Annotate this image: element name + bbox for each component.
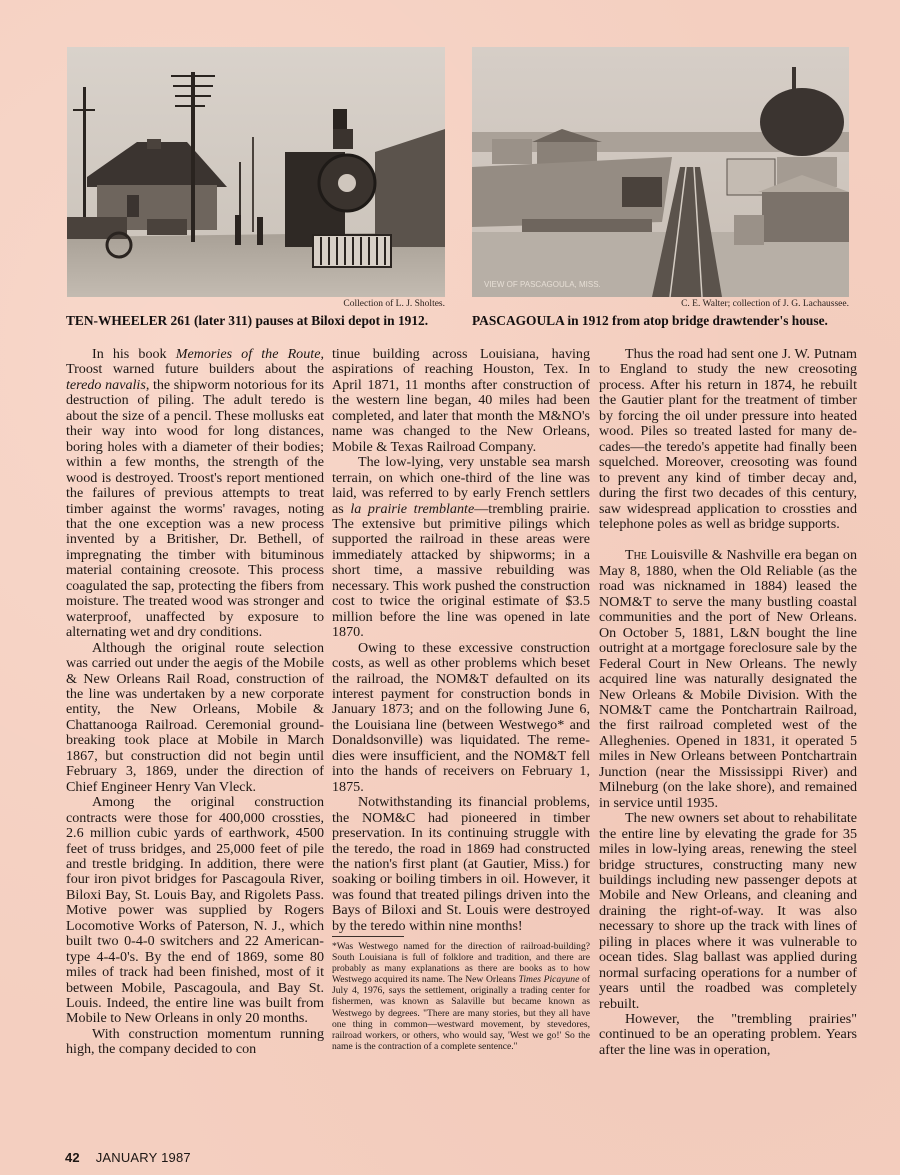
- article-paragraph: The new owners set about to reha­bilitat…: [599, 811, 857, 1012]
- article-column-3: Thus the road had sent one J. W. Putnam …: [599, 347, 857, 1058]
- photo-credit-left: Collection of L. J. Sholtes.: [67, 299, 445, 309]
- article-paragraph: However, the "trembling prairies" contin…: [599, 1012, 857, 1058]
- article-paragraph: Owing to these excessive construc­tion c…: [332, 641, 590, 796]
- article-paragraph: Thus the road had sent one J. W. Putnam …: [599, 347, 857, 532]
- article-paragraph: Although the original route selec­tion w…: [66, 641, 324, 796]
- pascagoula-photo-icon: VIEW OF PASCAGOULA, MISS.: [472, 47, 849, 297]
- photo-ten-wheeler-biloxi-depot: [67, 47, 445, 297]
- footnote: *Was Westwego named for the direction of…: [332, 941, 590, 1051]
- issue-date: JANUARY 1987: [96, 1150, 191, 1165]
- article-column-2: tinue building across Louisiana, having …: [332, 347, 590, 1052]
- photo-credit-right: C. E. Walter; collection of J. G. Lachau…: [472, 299, 849, 309]
- article-paragraph: Among the original construction contract…: [66, 795, 324, 1027]
- article-paragraph: The low-lying, very unstable sea marsh t…: [332, 455, 590, 640]
- article-paragraph: The Louisville & Nashville era be­gan on…: [599, 548, 857, 811]
- svg-text:VIEW OF PASCAGOULA, MISS.: VIEW OF PASCAGOULA, MISS.: [484, 280, 601, 289]
- footnote-divider: [332, 936, 404, 937]
- photo-pascagoula-bridge: VIEW OF PASCAGOULA, MISS.: [472, 47, 849, 297]
- photo-caption-right: PASCAGOULA in 1912 from atop bridge draw…: [472, 313, 828, 329]
- photo-caption-left: TEN-WHEELER 261 (later 311) pauses at Bi…: [66, 313, 428, 329]
- article-column-1: In his book Memories of the Route, Troos…: [66, 347, 324, 1058]
- article-paragraph: With construction momentum run­ning high…: [66, 1027, 324, 1058]
- article-paragraph: In his book Memories of the Route, Troos…: [66, 347, 324, 641]
- page-footer: 42 JANUARY 1987: [65, 1150, 191, 1165]
- article-paragraph: tinue building across Louisiana, having …: [332, 347, 590, 455]
- article-paragraph: Notwithstanding its financial prob­lems,…: [332, 795, 590, 934]
- page-number: 42: [65, 1150, 80, 1165]
- locomotive-photo-icon: [67, 47, 445, 297]
